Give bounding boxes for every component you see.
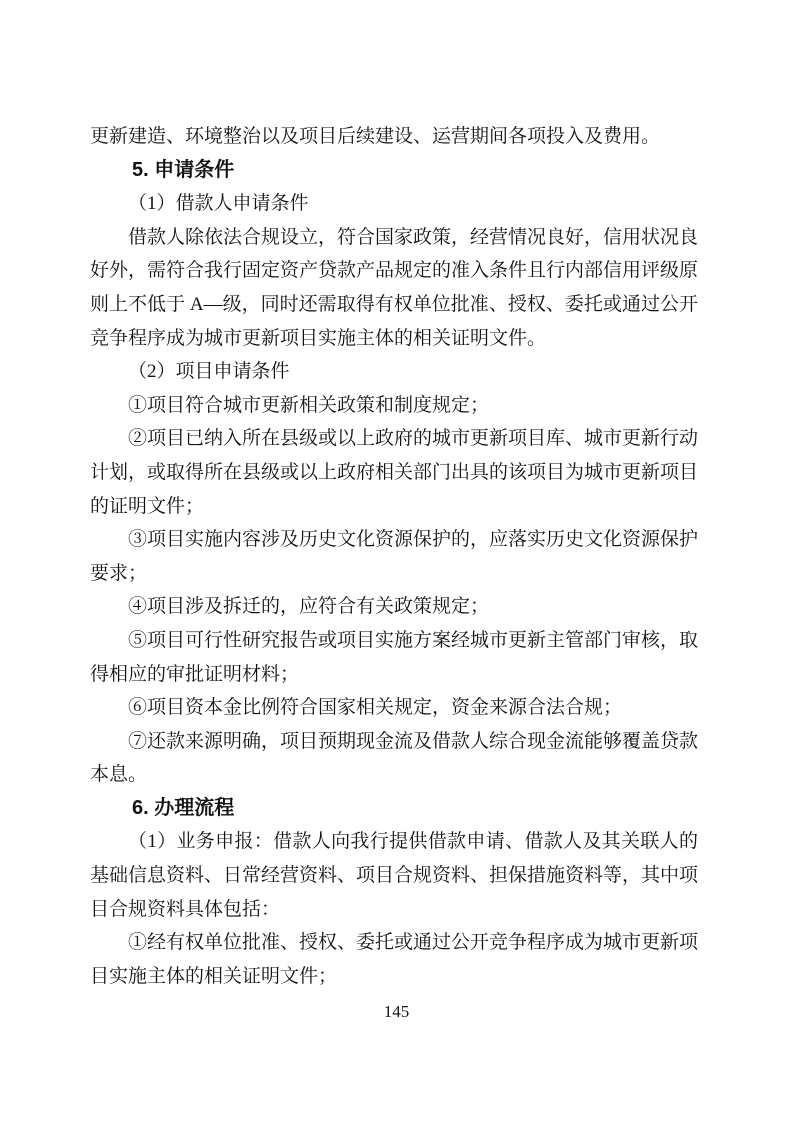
paragraph: （1）借款人申请条件 (90, 187, 698, 221)
document-page: 更新建造、环境整治以及项目后续建设、运营期间各项投入及费用。5. 申请条件（1）… (0, 0, 793, 1122)
section-heading: 6. 办理流程 (90, 792, 698, 826)
paragraph: ②项目已纳入所在县级或以上政府的城市更新项目库、城市更新行动计划，或取得所在县级… (90, 422, 698, 523)
paragraph: 更新建造、环境整治以及项目后续建设、运营期间各项投入及费用。 (90, 120, 698, 154)
page-number: 145 (0, 1001, 793, 1023)
paragraph: ⑦还款来源明确，项目预期现金流及借款人综合现金流能够覆盖贷款本息。 (90, 725, 698, 792)
paragraph: （2）项目申请条件 (90, 355, 698, 389)
paragraph: ⑤项目可行性研究报告或项目实施方案经城市更新主管部门审核，取得相应的审批证明材料… (90, 624, 698, 691)
paragraph: ①项目符合城市更新相关政策和制度规定； (90, 389, 698, 423)
section-heading: 5. 申请条件 (90, 154, 698, 188)
paragraph: ①经有权单位批准、授权、委托或通过公开竞争程序成为城市更新项目实施主体的相关证明… (90, 926, 698, 993)
paragraph: 借款人除依法合规设立，符合国家政策，经营情况良好，信用状况良好外，需符合我行固定… (90, 221, 698, 355)
paragraph: ③项目实施内容涉及历史文化资源保护的，应落实历史文化资源保护要求； (90, 523, 698, 590)
paragraph: ④项目涉及拆迁的，应符合有关政策规定； (90, 590, 698, 624)
paragraph: ⑥项目资本金比例符合国家相关规定，资金来源合法合规； (90, 691, 698, 725)
document-content: 更新建造、环境整治以及项目后续建设、运营期间各项投入及费用。5. 申请条件（1）… (90, 120, 698, 993)
paragraph: （1）业务申报：借款人向我行提供借款申请、借款人及其关联人的基础信息资料、日常经… (90, 825, 698, 926)
